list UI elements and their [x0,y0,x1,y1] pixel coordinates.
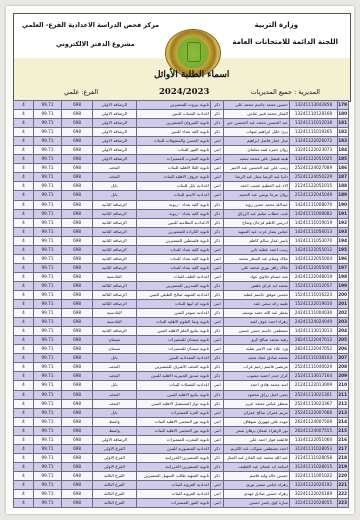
directorate-cell: الفرع الثالثة [92,499,136,508]
student-name-cell: ملاك وسام عبد الستار محمد [224,254,290,263]
total-score-cell: 698 [62,444,93,453]
table-row: 21325241122007066مريم عمران صالح عمرانان… [14,408,349,417]
total-score-cell: 698 [62,290,93,299]
directorate-cell: الفرع الاولى [92,453,136,462]
total-score-cell: 698 [62,200,93,209]
student-name-cell: يقظر عبد الله حميد يوسف [224,309,290,318]
school-name-cell: ثانوية فلسطين للمتميزين [136,236,210,245]
row-number-cell: 198 [338,272,349,281]
directorate-cell: الفرع الاولى [92,444,136,453]
student-name-cell: طيبة رائد سعي عقد [224,300,290,309]
student-name-cell: موده علي مهوري سوهاف [224,417,290,426]
rank-cell: 4 [14,119,34,128]
exam-id-cell: 13241111012038 [289,119,337,128]
gender-cell: انثى [211,245,224,254]
rank-cell: 4 [14,272,34,281]
school-name-cell: ثانوية كلية بغداد للبنات [136,263,210,272]
gender-cell: ذكر [211,471,224,480]
rank-cell: 4 [14,318,34,327]
directorate-cell: الرصافة الثالثة [92,290,136,299]
row-number-cell: 216 [338,435,349,444]
exam-id-cell: 32241122028055 [289,499,337,508]
gender-cell: انثى [211,263,224,272]
directorate-cell: الرصافة الثانية [92,200,136,209]
average-cell: 99.71 [33,182,61,191]
rank-cell: 4 [14,327,34,336]
row-number-cell: 223 [338,499,349,508]
directorate-cell: القادسية [92,318,136,327]
row-number-cell: 191 [338,209,349,218]
directorate-cell: واسط [92,426,136,435]
rank-cell: 4 [14,300,34,309]
school-name-cell: ثانوية نور المجتبى الاهلية للبنات [136,417,210,426]
average-cell: 99.71 [33,363,61,372]
student-name-cell: الفقار محمد قنبر عباس [224,110,290,119]
row-number-cell: 196 [338,254,349,263]
school-name-cell: ثانوية كلية بغداد - زيونة [136,200,210,209]
rank-cell: 4 [14,281,34,290]
average-cell: 99.71 [33,101,61,110]
total-score-cell: 698 [62,408,93,417]
directorate-cell: الرصافة الاولى [92,155,136,164]
rank-cell: 4 [14,490,34,499]
directorate-cell: بابل [92,381,136,390]
student-name-cell: كرار حيدر احميد مشوب [224,372,290,381]
school-name-cell: ثانوية ونما العلوم الاهلية للبنات [136,318,210,327]
school-name-cell: اعدادية الاسم للبنات [136,191,210,200]
average-cell: 99.71 [33,245,61,254]
rank-cell: 4 [14,218,34,227]
school-name-cell: ثانوية القيروان للمتميزين [136,119,210,128]
total-score-cell: 698 [62,281,93,290]
rank-cell: 4 [14,101,34,110]
table-row: 22232241122026189زهراء حسين صادق مهديانث… [14,490,349,499]
directorate-cell: النجف [92,173,136,182]
table-row: 19214241111019019ادريس كاظم فرحان وشاحذك… [14,218,349,227]
document-header: وزارة التربية اللجنة الدائمة للامتحانات … [13,13,351,102]
average-cell: 99.71 [33,354,61,363]
directorate-cell: النجف [92,372,136,381]
row-number-cell: 211 [338,390,349,399]
row-number-cell: 210 [338,381,349,390]
directorate-cell: الرصافة الثانية [92,327,136,336]
table-row: 20825241111040029مرتضى قاسم رحيم غرابذكر… [14,363,349,372]
gender-cell: انثى [211,137,224,146]
average-cell: 99.71 [33,417,61,426]
school-name-cell: ثانوية الكرادة للمتميزين [136,227,210,236]
directorate-cell: الفرع الثالثة [92,471,136,480]
gender-cell: انثى [211,381,224,390]
table-row: 20628241122047052ورد علاء عبد الامير شلي… [14,345,349,354]
table-row: 18413241122023073روان حمزة لفته سلمانانث… [14,146,349,155]
directorate-cell: النجف [92,363,136,372]
rank-cell: 4 [14,471,34,480]
rank-cell: 4 [14,417,34,426]
table-row: 21426241124007509موده علي مهوري سوهافانث… [14,417,349,426]
directorate-cell: ميسان [92,345,136,354]
gender-cell: انثى [211,336,224,345]
row-number-cell: 200 [338,290,349,299]
table-row: 18921241122045049روان مرجا يونس عبد الحم… [14,191,349,200]
school-name-cell: اعدادية العروبة للبنات [136,490,210,499]
school-name-cell: ثانوية نور المجتبى الاهلية للبنات [136,426,210,435]
total-score-cell: 698 [62,245,93,254]
exam-id-cell: 25241124027089 [289,164,337,173]
school-name-cell: ثانوية الفوز للمتميزات [136,499,210,508]
table-row: 18213241111019265يزن خليل ابراهيم شهابذك… [14,128,349,137]
row-number-cell: 182 [338,128,349,137]
average-cell: 99.71 [33,471,61,480]
exam-id-cell: 13241113042858 [289,101,337,110]
table-row: 20414241113013013مصطفى جاسم حسن حسينذكرث… [14,327,349,336]
student-name-cell: زهراء عباس سمير نوري [224,480,290,489]
rank-cell: 4 [14,290,34,299]
rank-cell: 4 [14,399,34,408]
center-name: مركز فحص الدراسة الاعدادية الفرع- العلمي [22,21,159,29]
exam-id-cell: 13241122051025 [289,155,337,164]
exam-id-cell: 25241113023367 [289,399,337,408]
school-name-cell: ثانوية المغرب للمتميزات [136,155,210,164]
row-number-cell: 209 [338,372,349,381]
average-cell: 99.71 [33,309,61,318]
row-number-cell: 203 [338,318,349,327]
table-row: 20224241111004030يقظر عبد الله حميد يوسف… [14,309,349,318]
average-cell: 99.71 [33,137,61,146]
gender-cell: انثى [211,480,224,489]
table-row: 20925241113017164كرار حيدر احميد مشوبذكر… [14,372,349,381]
student-name-cell: محمد ايه غزاي ياهض [224,281,290,290]
gender-cell: انثى [211,254,224,263]
rank-cell: 4 [14,444,34,453]
average-cell: 99.71 [33,236,61,245]
student-name-cell: عباس بشار عزت عبد السهيد [224,227,290,236]
total-score-cell: 698 [62,381,93,390]
total-score-cell: 698 [62,110,93,119]
school-name-cell: ثانوية الحسن والمتفوقات للبنات [136,137,210,146]
row-number-cell: 181 [338,119,349,128]
student-name-cell: ميار عمار فاضل ابراهيم [224,137,290,146]
exam-id-cell: 14241122055012 [289,245,337,254]
row-number-cell: 195 [338,245,349,254]
table-row: 21021241122013009امنه محمد هادي احمدانثى… [14,381,349,390]
project-name: مشروع الدفتر الالكتروني [56,40,135,48]
exam-id-cell: 31241111028015 [289,462,337,471]
table-row: 18725241124050229دانيا عبد الرضا ستار عب… [14,173,349,182]
rank-cell: 4 [14,137,34,146]
total-score-cell: 698 [62,318,93,327]
row-number-cell: 194 [338,236,349,245]
rank-cell: 4 [14,245,34,254]
average-cell: 99.71 [33,146,61,155]
total-score-cell: 698 [62,155,93,164]
exam-id-cell: 32241111001022 [289,471,337,480]
student-name-cell: مرتضى قاسم رحيم غراب [224,363,290,372]
table-row: 21526241124007555نور الزهراء عثمان برهان… [14,426,349,435]
school-name-cell: ثانوية صدور الجبيرية الاهلية للبنين [136,372,210,381]
table-row: 22332241122028055سارة لؤي ياسر حسينانثىث… [14,499,349,508]
exam-id-cell: 26241124007555 [289,426,337,435]
row-number-cell: 206 [338,345,349,354]
gender-cell: انثى [211,182,224,191]
row-number-cell: 187 [338,173,349,182]
rank-cell: 4 [14,209,34,218]
row-number-cell: 202 [338,309,349,318]
rank-cell: 4 [14,110,34,119]
gender-cell: انثى [211,173,224,182]
average-cell: 99.71 [33,390,61,399]
student-name-cell: هيبة فيصل علي محمد سعيد [224,155,290,164]
directorate-cell: واسط [92,417,136,426]
directorate-cell: الرصافة الثالثة [92,281,136,290]
gender-cell: ذكر [211,444,224,453]
average-cell: 99.71 [33,173,61,182]
total-score-cell: 698 [62,263,93,272]
student-name-cell: زينب علي عبد الحسين عبد الامير [224,164,290,173]
rank-cell: 4 [14,254,34,263]
school-name-cell: ثانوية العلا الاهلية للبنات [136,164,210,173]
average-cell: 99.71 [33,462,61,471]
table-row: 18513241122051025هيبة فيصل علي محمد سعيد… [14,155,349,164]
directorate-label: المديرية : جميع المديريات [251,88,321,96]
row-number-cell: 189 [338,191,349,200]
exam-id-cell: 15241122019010 [289,300,337,309]
gender-cell: ذكر [211,281,224,290]
rank-cell: 4 [14,263,34,272]
gender-cell: ذكر [211,218,224,227]
directorate-cell: بابل [92,182,136,191]
school-name-cell: ثانوية العزة للمتميزات [136,408,210,417]
gender-cell: انثى [211,318,224,327]
student-name-cell: اسامة ايد عثمان عبد اللطيف [224,462,290,471]
directorate-cell: الرصافة الثانية [92,263,136,272]
average-cell: 99.71 [33,200,61,209]
exam-id-cell: 14241113013013 [289,327,337,336]
average-cell: 99.71 [33,336,61,345]
school-name-cell: ثانوية كلية بغداد للبنين [136,128,210,137]
school-name-cell: اعدادية الطف للبنات [136,272,210,281]
rank-cell: 4 [14,480,34,489]
row-number-cell: 219 [338,462,349,471]
rank-cell: 4 [14,182,34,191]
table-row: 18113241111012038عبد الحسين محمد عبد الح… [14,119,349,128]
directorate-cell: القادسية [92,309,136,318]
table-row: 19714241122055005ملاك زاهر نوري محمد علي… [14,263,349,272]
student-name-cell: مريم عمران صالح عمران [224,408,290,417]
directorate-cell: الرصافة الاولى [92,128,136,137]
total-score-cell: 698 [62,182,93,191]
exam-id-cell: 25241113021301 [289,390,337,399]
table-row: 19414241111053070ياسر عمار سالم كاظمذكرث… [14,236,349,245]
gender-cell: ذكر [211,119,224,128]
gender-cell: انثى [211,345,224,354]
directorate-cell: ميسان [92,336,136,345]
total-score-cell: 698 [62,300,93,309]
total-score-cell: 698 [62,490,93,499]
total-score-cell: 698 [62,372,93,381]
exam-id-cell: 26241124007509 [289,417,337,426]
total-score-cell: 698 [62,453,93,462]
row-number-cell: 215 [338,426,349,435]
average-cell: 99.71 [33,164,61,173]
directorate-cell: الرصافة الثانية [92,218,136,227]
average-cell: 99.71 [33,155,61,164]
student-name-cell: ادريس كاظم فرحان وشاح [224,218,290,227]
exam-id-cell: 14241111008070 [289,200,337,209]
table-row: 20324241124024049زهراء احمد عوف لفتهانثى… [14,318,349,327]
exam-id-cell: 31241111028053 [289,444,337,453]
rank-cell: 4 [14,155,34,164]
gender-cell: ذكر [211,309,224,318]
total-score-cell: 698 [62,345,93,354]
average-cell: 99.71 [33,399,61,408]
row-number-cell: 217 [338,444,349,453]
exam-id-cell: 13241122051060 [289,435,337,444]
exam-id-cell: 15241111012057 [289,281,337,290]
table-row: 21731241111028053احمد مصطفى شوكت عبد الك… [14,444,349,453]
total-score-cell: 698 [62,336,93,345]
exam-id-cell: 15241111016223 [289,290,337,299]
total-score-cell: 698 [62,128,93,137]
row-number-cell: 199 [338,281,349,290]
directorate-cell: بابل [92,191,136,200]
table-row: 20015241111016223مجتبى موفق جاسم عطيهذكر… [14,290,349,299]
row-number-cell: 193 [338,227,349,236]
rank-cell: 4 [14,426,34,435]
student-name-cell: منتظر عباس محمد عزيز [224,399,290,408]
exam-id-cell: 21241122013009 [289,381,337,390]
average-cell: 99.71 [33,300,61,309]
table-row: 21225241113023367منتظر عباس محمد عزيزذكر… [14,399,349,408]
rank-cell: 4 [14,128,34,137]
directorate-cell: الرصافة الاولى [92,119,136,128]
table-row: 18013241110128169الفقار محمد قنبر عباسذك… [14,110,349,119]
gender-cell: ذكر [211,327,224,336]
rank-cell: 4 [14,363,34,372]
average-cell: 99.71 [33,490,61,499]
school-name-cell: ثانوية المتميزين-الخزرانية [136,462,210,471]
average-cell: 99.71 [33,435,61,444]
student-name-cell: نور الزهراء عثمان برهان شمر [224,426,290,435]
school-name-cell: اعدادية الفضلات للبنات [136,381,210,390]
table-row: 21931241111028015اسامة ايد عثمان عبد الل… [14,462,349,471]
directorate-cell: الرصافة الثانية [92,245,136,254]
average-cell: 99.71 [33,281,61,290]
directorate-cell: النجف [92,390,136,399]
row-number-cell: 205 [338,336,349,345]
rank-cell: 4 [14,236,34,245]
rank-cell: 4 [14,146,34,155]
school-name-cell: ثانوية ميسان للمتميزات [136,345,210,354]
table-row: 22132241122026192زهراء عباس سمير نوريانث… [14,480,349,489]
row-number-cell: 207 [338,354,349,363]
rank-cell: 4 [14,390,34,399]
total-score-cell: 698 [62,363,93,372]
directorate-cell: بابل [92,408,136,417]
table-row: 18821241122051015الاء عبد العظيم عجيب اح… [14,182,349,191]
row-number-cell: 214 [338,417,349,426]
average-cell: 99.71 [33,499,61,508]
average-cell: 99.71 [33,381,61,390]
total-score-cell: 698 [62,471,93,480]
gender-cell: انثى [211,300,224,309]
student-name-cell: احمد مصطفى شوكت عبد الكريم [224,444,290,453]
row-number-cell: 204 [338,327,349,336]
school-name-cell: ثانوية الصدرين للمتميزين [136,281,210,290]
table-row: 18625241124027089زينب علي عبد الحسين عبد… [14,164,349,173]
gender-cell: ذكر [211,354,224,363]
exam-id-cell: 28241122047052 [289,345,337,354]
gender-cell: انثى [211,408,224,417]
student-name-cell: روان حمزة لفته سلمان [224,146,290,155]
total-score-cell: 698 [62,164,93,173]
gender-cell: ذكر [211,236,224,245]
directorate-cell: بابل [92,354,136,363]
school-name-cell: ثانوية ينابيع الاهلية للبنين [136,390,210,399]
total-score-cell: 698 [62,426,93,435]
table-row: 21125241113021301يحيى اميل رزاق محمودذكر… [14,390,349,399]
average-cell: 99.71 [33,272,61,281]
table-row: 18313241122026072ميار عمار فاضل ابراهيما… [14,137,349,146]
row-number-cell: 180 [338,110,349,119]
gender-cell: ذكر [211,372,224,381]
directorate-cell: الرصافة الاولى [92,110,136,119]
average-cell: 99.71 [33,218,61,227]
row-number-cell: 201 [338,300,349,309]
total-score-cell: 698 [62,236,93,245]
exam-id-cell: 25241124050229 [289,173,337,182]
rank-cell: 4 [14,381,34,390]
total-score-cell: 698 [62,462,93,471]
total-score-cell: 698 [62,399,93,408]
directorate-cell: القادسية [92,272,136,281]
table-row: 21831241111028058عبد الله محمد عبد القاد… [14,453,349,462]
average-cell: 99.71 [33,254,61,263]
total-score-cell: 698 [62,254,93,263]
student-name-cell: حسين محمد جاسم محمد علي [224,101,290,110]
rank-cell: 4 [14,354,34,363]
student-name-cell: محمد صادق عماد مجيد [224,354,290,363]
branch-label: الفرع: علمي [64,88,98,96]
school-name-cell: ثانوية حروف الاهلية للبنات [136,173,210,182]
school-name-cell: ثانوية ينابيع العلم الاهلية للبنين [136,327,210,336]
exam-id-cell: 24241111004030 [289,309,337,318]
gender-cell: انثى [211,435,224,444]
total-score-cell: 698 [62,209,93,218]
exam-id-cell: 14241111053070 [289,236,337,245]
student-name-cell: عبدالله محمد حسن زوية [224,200,290,209]
table-body: 17913241113042858حسين محمد جاسم محمد علي… [14,101,349,508]
exam-id-cell: 14241111019019 [289,218,337,227]
school-name-cell: اعدادية المقدادية للبنين [136,354,210,363]
gender-cell: انثى [211,272,224,281]
school-name-cell: اعدادية المنصورية للبنين [136,444,210,453]
directorate-cell: النجف [92,399,136,408]
rank-cell: 4 [14,227,34,236]
gender-cell: ذكر [211,209,224,218]
table-row: 20115241122019010طيبة رائد سعي عقدانثىثا… [14,300,349,309]
exam-id-cell: 14241122055004 [289,254,337,263]
exam-id-cell: 24241122048019 [289,272,337,281]
gender-cell: ذكر [211,101,224,110]
rank-cell: 4 [14,499,34,508]
total-score-cell: 698 [62,480,93,489]
gender-cell: ذكر [211,363,224,372]
directorate-cell: الرصافة الثالثة [92,300,136,309]
total-score-cell: 698 [62,191,93,200]
table-row: 19314241111056013عباس بشار عزت عبد السهي… [14,227,349,236]
exam-id-cell: 31241111028058 [289,453,337,462]
exam-id-cell: 25241111040029 [289,363,337,372]
